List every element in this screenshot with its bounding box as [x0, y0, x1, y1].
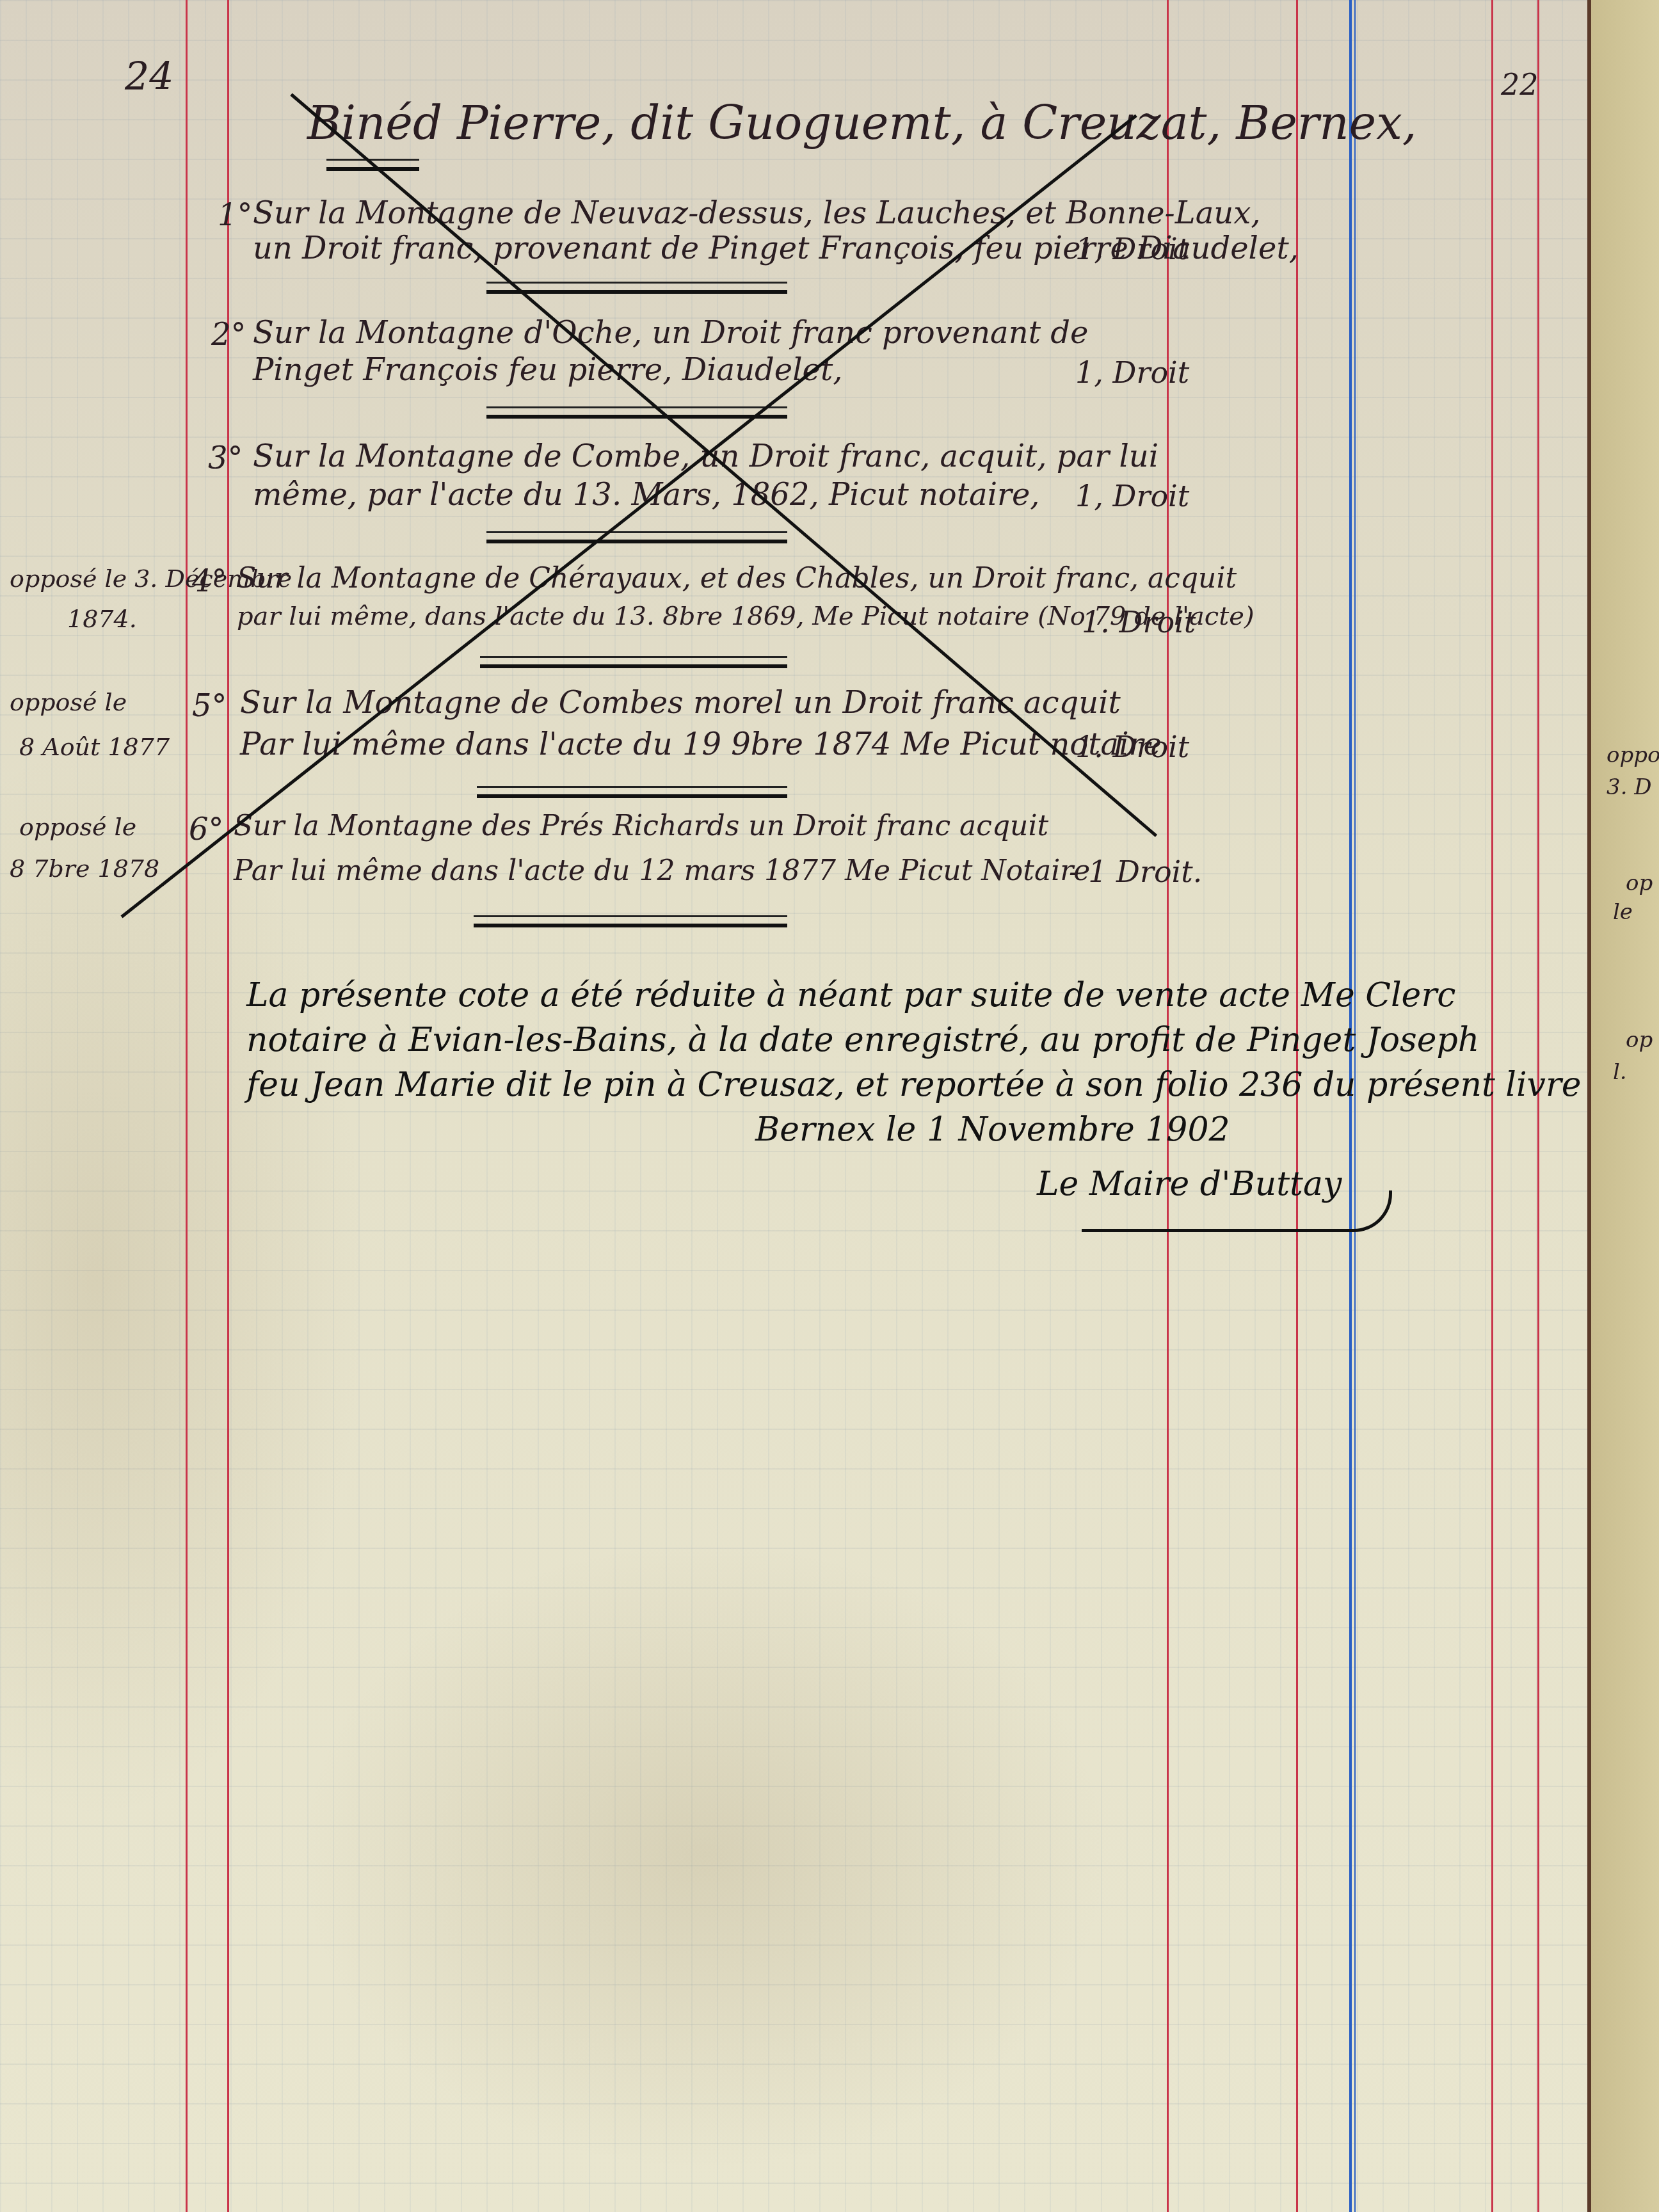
facing-margin-note: le: [1613, 899, 1633, 925]
right-folio-number: 22: [1501, 67, 1539, 102]
entry-number: 5°: [192, 688, 227, 724]
entry-amount: - 1 Droit.: [1069, 854, 1202, 889]
entry-separator: [486, 531, 787, 543]
entry-separator: [486, 406, 787, 419]
closing-note-line: notaire à Evian-les-Bains, à la date enr…: [246, 1021, 1479, 1059]
margin-note: 8 Août 1877: [19, 733, 170, 761]
column-rule: [1167, 0, 1169, 2212]
margin-note: 8 7bre 1878: [10, 854, 159, 883]
column-rule-blue: [1354, 0, 1356, 2212]
column-rule-blue: [1349, 0, 1352, 2212]
entry-amount: 1. Droit: [1082, 605, 1196, 639]
entry-amount: 1, Droit: [1075, 479, 1189, 513]
margin-note: 1874.: [67, 605, 137, 633]
entry-separator: [486, 282, 787, 294]
column-rule: [1491, 0, 1493, 2212]
entry-separator: [477, 786, 787, 798]
entry-line: Par lui même dans l'acte du 12 mars 1877…: [234, 854, 1090, 887]
entry-line: même, par l'acte du 13. Mars, 1862, Picu…: [253, 477, 1040, 513]
entry-number: 2°: [211, 317, 246, 353]
entry-line: Sur la Montagne des Prés Richards un Dro…: [234, 810, 1048, 842]
entry-amount: 1. Droit: [1075, 730, 1189, 764]
facing-margin-note: 3. D: [1607, 774, 1652, 800]
margin-note: opposé le: [10, 688, 127, 716]
place-date: Bernex le 1 Novembre 1902: [755, 1110, 1230, 1149]
entry-separator: [474, 915, 787, 927]
entry-line: Sur la Montagne d'Oche, un Droit franc p…: [253, 315, 1088, 351]
column-rule: [1537, 0, 1539, 2212]
signature-flourish: [1082, 1190, 1392, 1232]
margin-rule: [186, 0, 188, 2212]
closing-note-line: feu Jean Marie dit le pin à Creusaz, et …: [246, 1066, 1582, 1104]
entry-line: Pinget François feu pierre, Diaudelet,: [253, 352, 843, 388]
entry-amount: 1, Droit: [1075, 232, 1189, 266]
owner-heading: Binéd Pierre, dit Guoguemt, à Creuzat, B…: [307, 96, 1417, 150]
facing-page-edge: opposé le 3. D op le op l.: [1587, 0, 1659, 2212]
margin-note: opposé le: [19, 813, 136, 841]
entry-line: Sur la Montagne de Neuvaz-dessus, les La…: [253, 195, 1261, 231]
left-folio-number: 24: [125, 54, 173, 99]
entry-line: Par lui même dans l'acte du 19 9bre 1874…: [240, 726, 1162, 762]
ledger-page: 24 22 Binéd Pierre, dit Guoguemt, à Creu…: [0, 0, 1587, 2212]
facing-margin-note: l.: [1613, 1059, 1627, 1085]
column-rule: [1296, 0, 1298, 2212]
entry-amount: 1, Droit: [1075, 355, 1189, 390]
entry-number: 4°: [192, 563, 227, 599]
entry-number: 1°: [218, 197, 253, 233]
facing-margin-note: op: [1626, 1027, 1653, 1053]
closing-note-line: La présente cote a été réduite à néant p…: [246, 976, 1455, 1014]
facing-margin-note: op: [1626, 870, 1653, 896]
entry-line: Sur la Montagne de Chérayaux, et des Cha…: [237, 562, 1237, 595]
entry-separator: [480, 656, 787, 668]
entry-number: 3°: [208, 440, 243, 476]
facing-margin-note: opposé le: [1607, 742, 1659, 768]
